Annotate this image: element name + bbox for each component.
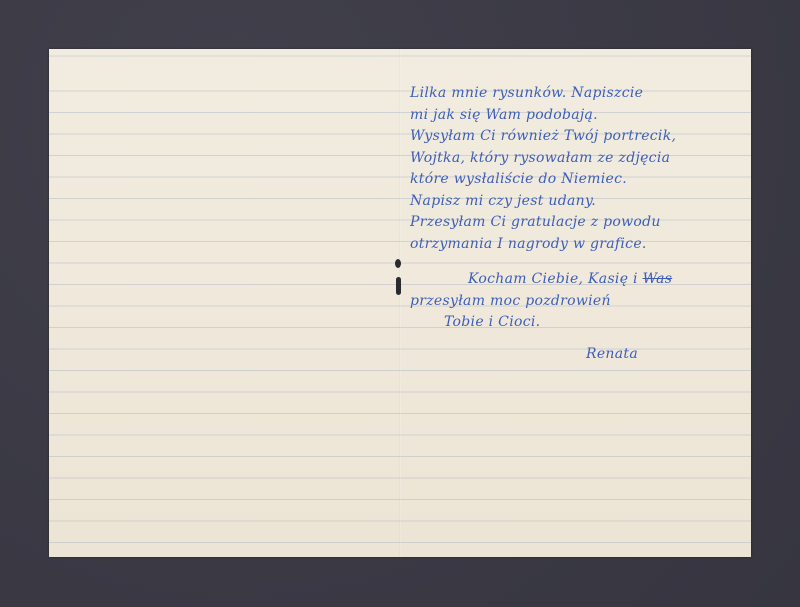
- letter-line: Napisz mi czy jest udany.: [410, 191, 745, 213]
- letter-line: Wysyłam Ci również Twój portrecik,: [410, 126, 745, 148]
- struck-word: Was: [643, 271, 673, 287]
- letter-line: Lilka mnie rysunków. Napiszcie: [410, 83, 745, 105]
- punch-hole-top: [395, 259, 401, 268]
- letter-line: które wysłaliście do Niemiec.: [410, 169, 745, 191]
- closing-line-1: Kocham Ciebie, Kasię i Was: [410, 269, 745, 291]
- punch-hole-bottom: [396, 277, 401, 295]
- letter-line: Wojtka, który rysowałam ze zdjęcia: [410, 148, 745, 170]
- letter-line: mi jak się Wam podobają.: [410, 105, 745, 127]
- letter-sheet: Lilka mnie rysunków. Napiszcie mi jak si…: [49, 49, 751, 557]
- letter-text-right-page: Lilka mnie rysunków. Napiszcie mi jak si…: [410, 83, 745, 365]
- letter-line: otrzymania I nagrody w grafice.: [410, 234, 745, 256]
- closing-line-3: Tobie i Cioci.: [410, 312, 745, 334]
- center-fold: [399, 49, 401, 557]
- closing-line-2: przesyłam moc pozdrowień: [410, 291, 745, 313]
- signature: Renata: [410, 344, 745, 366]
- letter-line: Przesyłam Ci gratulacje z powodu: [410, 212, 745, 234]
